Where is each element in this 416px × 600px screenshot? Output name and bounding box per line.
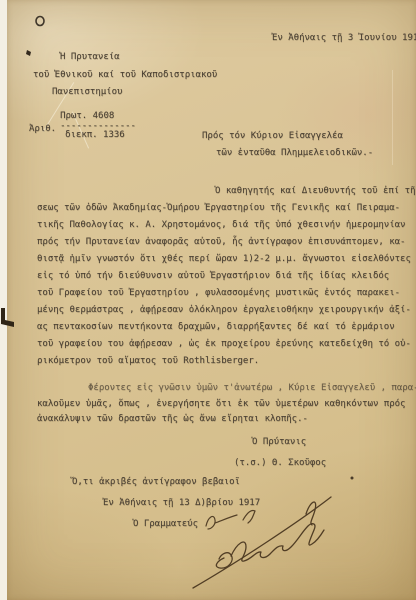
sender-line-1: Ἡ Πρυτανεία	[60, 49, 217, 67]
sender-line-3: Πανεπιστημίου	[52, 84, 217, 102]
rector-title: Ὁ Πρύτανις	[252, 432, 326, 453]
certification-line-1: Ὅ,τι ἀκριβές ἀντίγραφον βεβαιοῖ	[72, 474, 240, 491]
reference-number-block: Ἀριθ. Πρωτ. 4608 -------------- διεκπ. 1…	[29, 112, 136, 141]
body-line: μένης θερμάστρας , ἀφῄρεσαν ὁλόκληρον ἐρ…	[37, 302, 416, 319]
sender-line-2: τοῦ Ἐθνικοῦ καί τοῦ Καποδιστριακοῦ	[33, 67, 217, 85]
body-line: Ὁ καθηγητής καί Διευθυντής τοῦ ἐπί τῆς δ…	[37, 183, 416, 200]
secretary-label: Ὁ Γραμματεύς	[133, 516, 198, 533]
rector-signature-block: Ὁ Πρύτανις (τ.σ.) Θ. Σκοῦφος	[234, 432, 326, 474]
closing-line: καλοῦμεν ὑμᾶς, ὅπως , ἐνεργήσητε ὅτι ἐκ …	[37, 397, 416, 413]
date-line: Ἐν Ἀθήναις τῇ 3 Ἰουνίου 1917	[272, 30, 416, 47]
rector-name: (τ.σ.) Θ. Σκοῦφος	[234, 453, 326, 474]
closing-line: ἀνακάλυψιν τῶν δραστῶν τῆς ὡς ἄνω εἴρητα…	[37, 412, 416, 428]
body-line: θιστᾷ ἡμῖν γνωστόν ὅτι χθές περί ὥραν 1)…	[37, 251, 416, 268]
body-paragraph: Ὁ καθηγητής καί Διευθυντής τοῦ ἐπί τῆς δ…	[37, 183, 416, 370]
dispatch-number: διεκπ. 1336	[65, 131, 136, 141]
sender-block: Ἡ Πρυτανεία τοῦ Ἐθνικοῦ καί τοῦ Καποδιστ…	[33, 49, 217, 102]
body-line: ας πεντακοσίων πεντήκοντα δραχμῶν, διαρρ…	[37, 319, 416, 336]
body-line: εἰς τό ὑπό τήν διεύθυνσιν αὐτοῦ Ἐργαστήρ…	[37, 268, 416, 285]
recipient-line-1: Πρός τόν Κύριον Εἰσαγγελέα	[202, 128, 373, 145]
body-line: πρός τήν Πρυτανείαν ἀναφορᾶς αὐτοῦ, ἧς ἀ…	[37, 234, 416, 251]
body-line: τοῦ Γραφείου τοῦ Ἐργαστηρίου , φυλασσομέ…	[37, 285, 416, 302]
body-line: τοῦ γραφείου του ἀφῄρεσαν , ὡς ἐκ προχεί…	[37, 336, 416, 353]
body-line: τικῆς Παθολογίας κ. Α. Χρηστομάνος, διά …	[37, 217, 416, 234]
body-line: σεως τῶν ὁδῶν Ἀκαδημίας-Ὁμήρου Ἐργαστηρί…	[37, 200, 416, 217]
recipient-block: Πρός τόν Κύριον Εἰσαγγελέα τῶν ἐνταῦθα Π…	[202, 128, 373, 162]
closing-paragraph: Φέροντες εἰς γνῶσιν ὑμῶν τ'ἀνωτέρω , Κύρ…	[37, 381, 416, 428]
reference-label: Ἀριθ.	[29, 121, 56, 138]
body-line: ρικόμετρον τοῦ αἵματος τοῦ Rothlisberger…	[37, 353, 416, 370]
recipient-line-2: τῶν ἐνταῦθα Πλημμελειοδικῶν.-	[216, 145, 373, 162]
closing-line: Φέροντες εἰς γνῶσιν ὑμῶν τ'ἀνωτέρω , Κύρ…	[37, 381, 416, 397]
certification-date-line: Ἐν Ἀθήναις τῇ 13 Δ)βρίου 1917	[103, 495, 260, 512]
